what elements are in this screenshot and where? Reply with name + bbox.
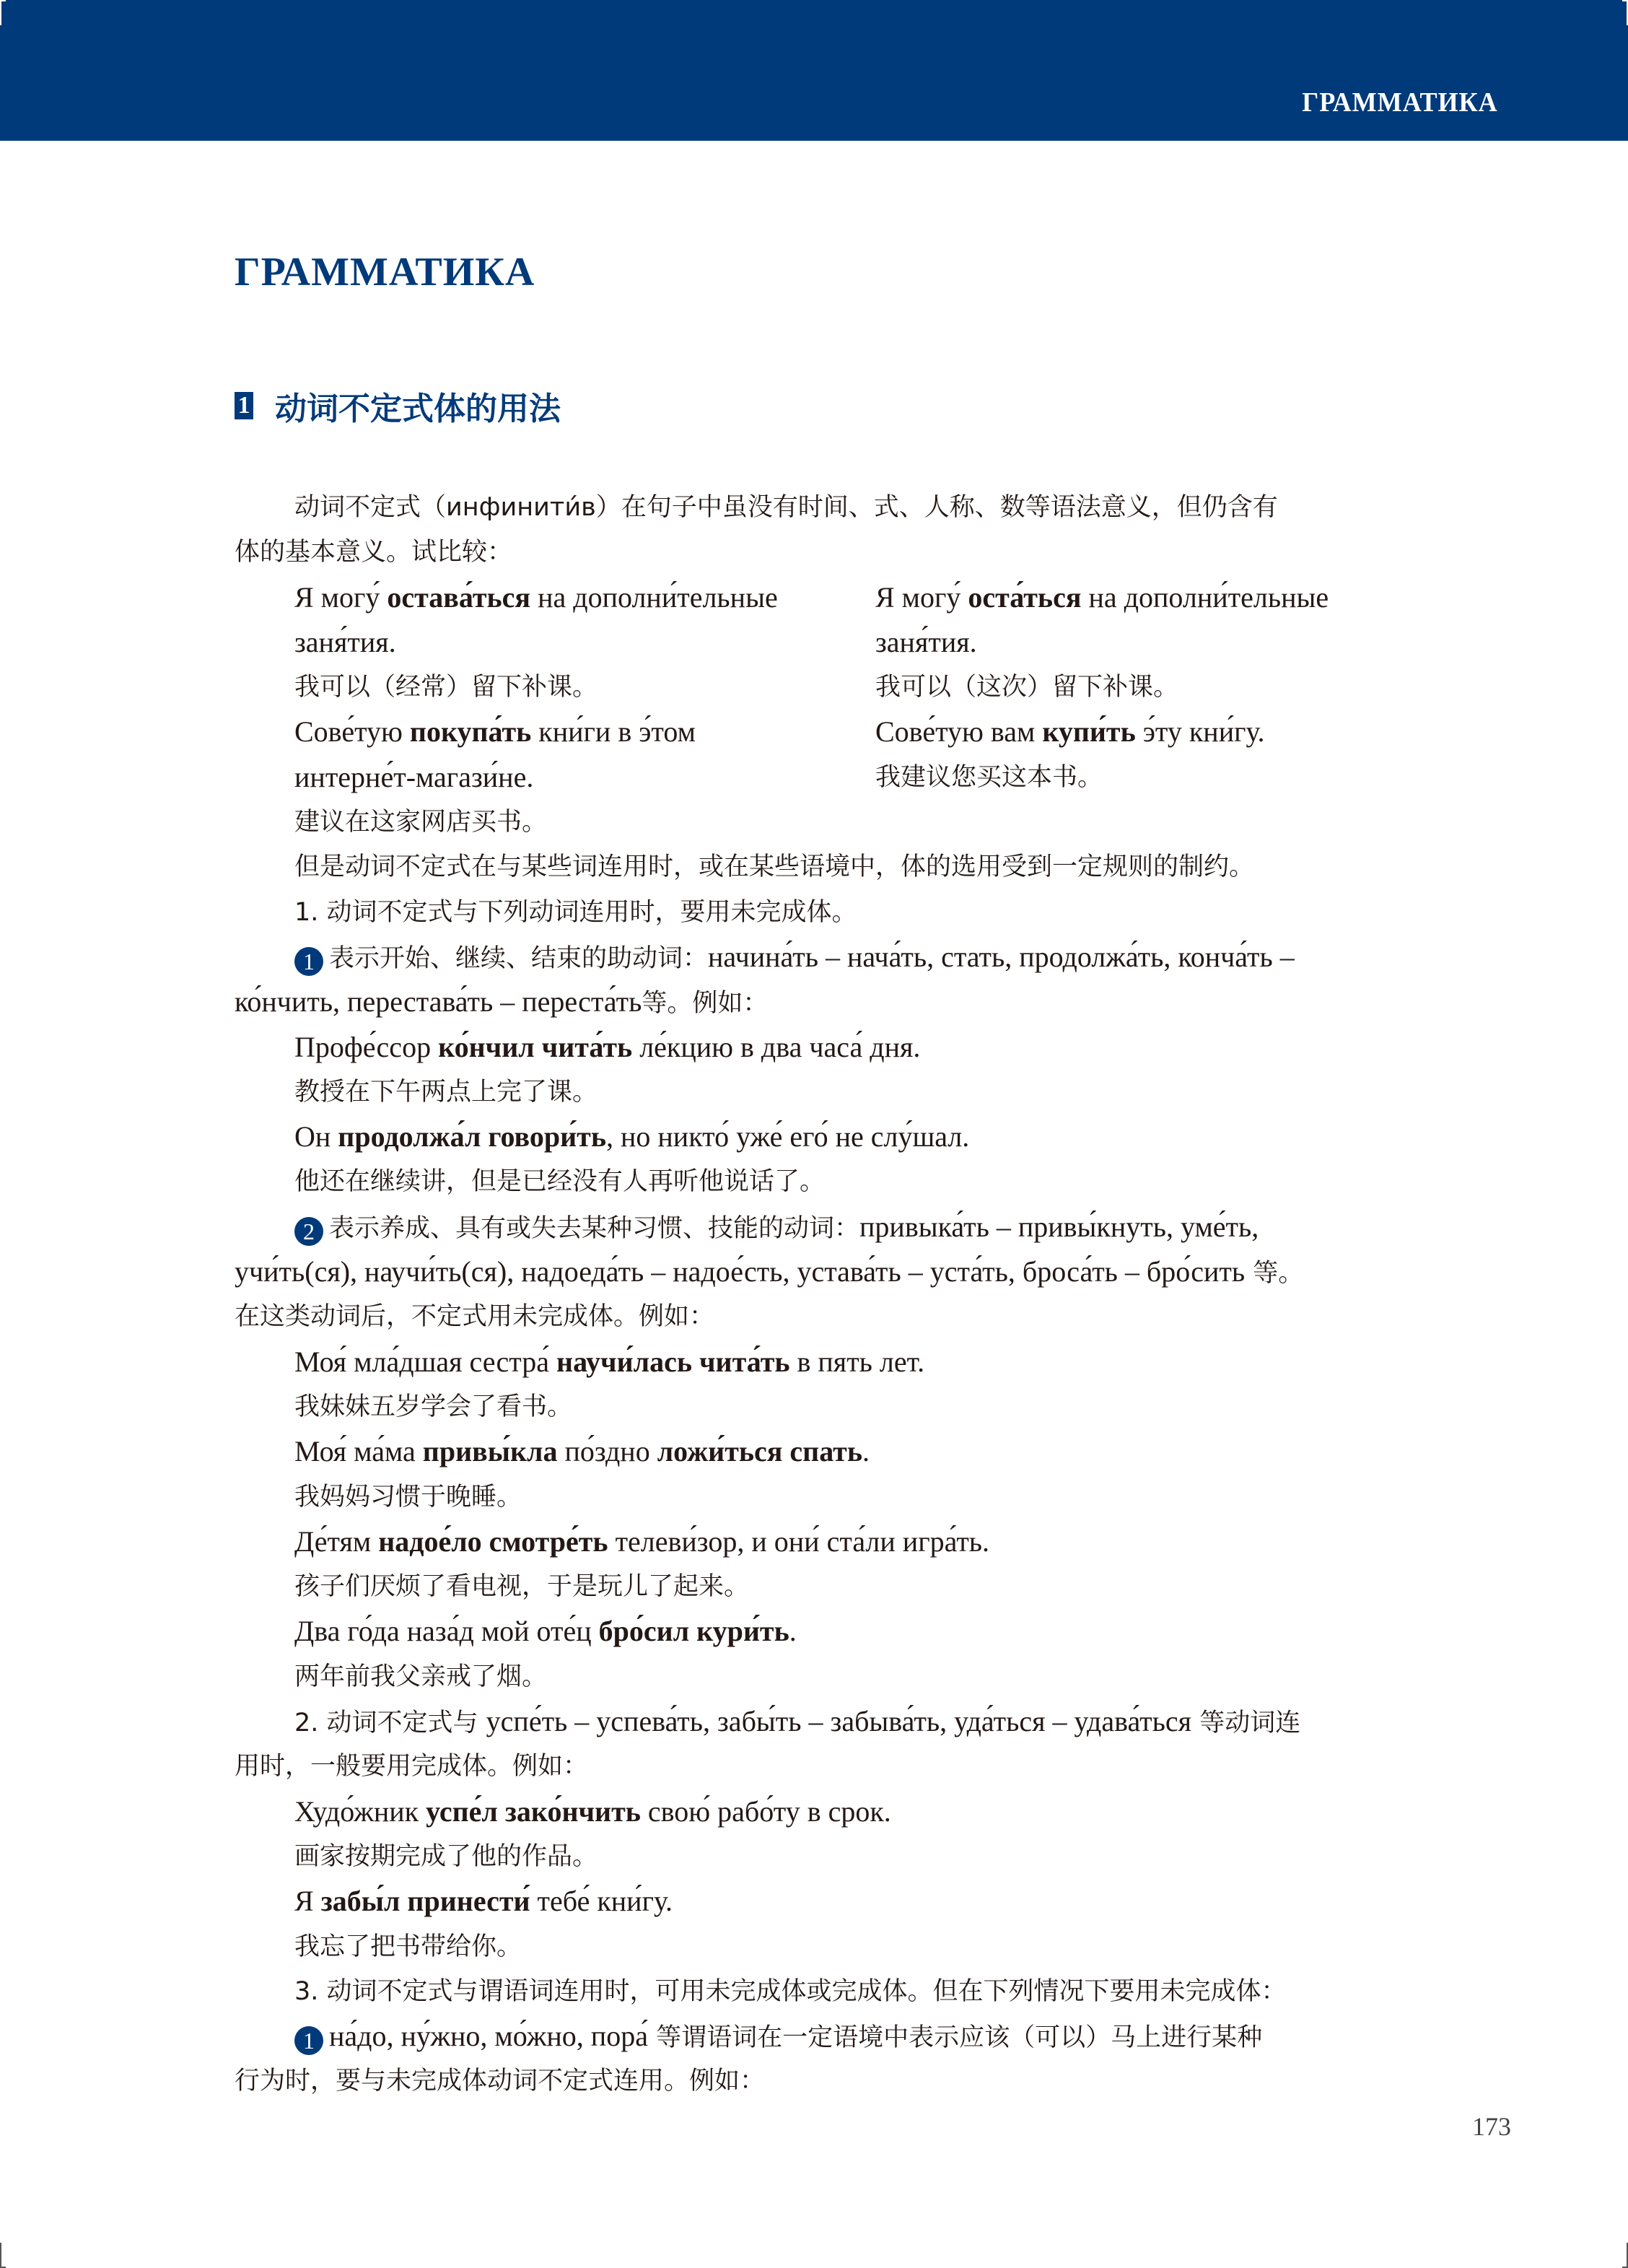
example-cn: 画家按期完成了他的作品。	[235, 1834, 1454, 1879]
example-cn: 两年前我父亲戒了烟。	[235, 1654, 1454, 1699]
section-heading: 1 动词不定式体的用法	[235, 383, 561, 429]
header-band: ГРАММАТИКА	[0, 0, 1628, 141]
example-ru: Два го́да наза́д мой оте́ц бро́сил кури́…	[235, 1609, 1454, 1654]
example-ru: Я могу́ остава́ться на дополни́тельные	[294, 575, 875, 620]
page-title: ГРАММАТИКА	[235, 249, 535, 295]
example-ru: Я забы́л принести́ тебе́ кни́гу.	[235, 1879, 1454, 1924]
example-cn: 我忘了把书带给你。	[235, 1924, 1454, 1969]
crop-mark	[1622, 2243, 1628, 2268]
rule-item-cont: учи́ть(ся), научи́ть(ся), надоеда́ть – н…	[235, 1249, 1454, 1294]
page-number: 173	[1472, 2111, 1511, 2142]
paragraph: 但是动词不定式在与某些词连用时，或在某些语境中，体的选用受到一定规则的制约。	[235, 845, 1454, 889]
crop-mark	[0, 2243, 6, 2268]
crop-mark	[1622, 0, 1628, 25]
intro-line: 动词不定式（инфинити́в）在句子中虽没有时间、式、人称、数等语法意义，但…	[235, 485, 1454, 530]
example-cn: 他还在继续讲，但是已经没有人再听他说话了。	[235, 1159, 1454, 1204]
rule-item-cont: 行为时，要与未完成体动词不定式连用。例如：	[235, 2059, 1454, 2103]
example-ru: Моя́ мла́дшая сестра́ научи́лась чита́ть…	[235, 1340, 1454, 1384]
number-badge-icon: 2	[294, 1217, 323, 1246]
section-number-badge: 1	[235, 392, 253, 419]
intro-line: 体的基本意义。试比较：	[235, 530, 1454, 575]
number-badge-icon: 1	[294, 2026, 323, 2055]
rule-item-cont: ко́нчить, перестава́ть – переста́ть等。例如：	[235, 980, 1454, 1024]
example-cn: 孩子们厌烦了看电视，于是玩儿了起来。	[235, 1564, 1454, 1609]
rule-heading: 2. 动词不定式与 успе́ть – успева́ть, забы́ть –…	[235, 1699, 1454, 1744]
example-ru-cont: интерне́т-магази́не.	[294, 755, 875, 800]
rule-item-cont: 在这类动词后，不定式用未完成体。例如：	[235, 1294, 1454, 1339]
running-header-title: ГРАММАТИКА	[1303, 87, 1498, 118]
example-ru-cont: заня́тия.	[875, 620, 1454, 665]
example-ru: Он продолжа́л говори́ть, но никто́ уже́ …	[235, 1115, 1454, 1159]
rule-item: 2表示养成、具有或失去某种习惯、技能的动词：привыка́ть – привы…	[235, 1205, 1454, 1249]
example-ru: Сове́тую вам купи́ть э́ту кни́гу.	[875, 710, 1454, 754]
content-body: 动词不定式（инфинити́в）在句子中虽没有时间、式、人称、数等语法意义，但…	[235, 485, 1454, 2104]
comparison-right: Я могу́ оста́ться на дополни́тельные зан…	[875, 575, 1454, 845]
example-cn: 我建议您买这本书。	[875, 755, 1454, 800]
comparison-left: Я могу́ остава́ться на дополни́тельные з…	[235, 575, 875, 845]
example-cn: 我可以（经常）留下补课。	[294, 665, 875, 710]
comparison-columns: Я могу́ остава́ться на дополни́тельные з…	[235, 575, 1454, 845]
crop-mark	[0, 0, 6, 25]
example-ru: Сове́тую покупа́ть кни́ги в э́том	[294, 710, 875, 754]
rule-item: 1表示开始、继续、结束的助动词：начина́ть – нача́ть, ста…	[235, 935, 1454, 980]
rule-heading: 3. 动词不定式与谓语词连用时，可用未完成体或完成体。但在下列情况下要用未完成体…	[235, 1969, 1454, 2014]
section-title: 动词不定式体的用法	[275, 383, 561, 429]
example-cn: 我可以（这次）留下补课。	[875, 665, 1454, 710]
example-ru: Моя́ ма́ма привы́кла по́здно ложи́ться с…	[235, 1429, 1454, 1474]
example-ru-cont: заня́тия.	[294, 620, 875, 665]
example-cn: 建议在这家网店买书。	[294, 800, 875, 845]
rule-heading-cont: 用时，一般要用完成体。例如：	[235, 1744, 1454, 1789]
example-ru: Де́тям надое́ло смотре́ть телеви́зор, и …	[235, 1519, 1454, 1564]
rule-item: 1на́до, ну́жно, мо́жно, пора́ 等谓语词在一定语境中…	[235, 2014, 1454, 2059]
example-ru: Профе́ссор ко́нчил чита́ть ле́кцию в два…	[235, 1025, 1454, 1070]
example-ru: Я могу́ оста́ться на дополни́тельные	[875, 575, 1454, 620]
example-cn: 我妹妹五岁学会了看书。	[235, 1384, 1454, 1429]
number-badge-icon: 1	[294, 947, 323, 976]
rule-heading: 1. 动词不定式与下列动词连用时，要用未完成体。	[235, 890, 1454, 935]
example-cn: 我妈妈习惯于晚睡。	[235, 1475, 1454, 1519]
example-ru: Худо́жник успе́л зако́нчить свою́ рабо́т…	[235, 1789, 1454, 1834]
example-cn: 教授在下午两点上完了课。	[235, 1070, 1454, 1115]
